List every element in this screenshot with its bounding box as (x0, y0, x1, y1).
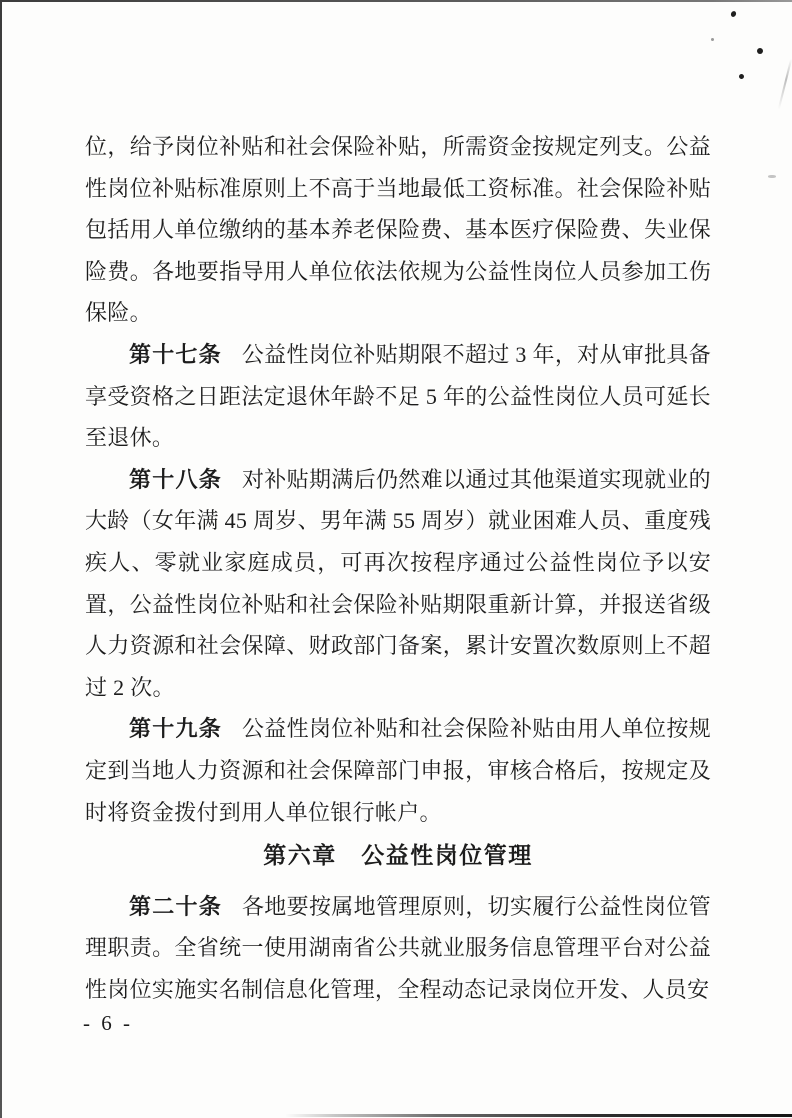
article-number: 第十八条 (129, 467, 222, 492)
scan-scratch (778, 59, 792, 110)
scanned-document-page: 位，给予岗位补贴和社会保险补贴，所需资金按规定列支。公益性岗位补贴标准原则上不高… (0, 0, 792, 1118)
ink-smudge (768, 175, 776, 178)
ink-speck (738, 73, 744, 79)
article-number: 第十七条 (129, 342, 222, 367)
article-number: 第十九条 (129, 716, 222, 741)
body-paragraph: 位，给予岗位补贴和社会保险补贴，所需资金按规定列支。公益性岗位补贴标准原则上不高… (85, 126, 711, 334)
ink-speck (757, 48, 763, 54)
ink-speck (711, 38, 714, 41)
chapter-heading: 第六章 公益性岗位管理 (85, 835, 711, 877)
paragraph-text: 位，给予岗位补贴和社会保险补贴，所需资金按规定列支。公益性岗位补贴标准原则上不高… (85, 134, 711, 325)
body-paragraph: 第二十条各地要按属地管理原则，切实履行公益性岗位管理职责。全省统一使用湖南省公共… (85, 886, 711, 1011)
body-paragraph: 第十七条公益性岗位补贴期限不超过 3 年，对从审批具备享受资格之日距法定退休年龄… (85, 334, 711, 459)
scan-edge-bottom (285, 1114, 792, 1117)
scan-edge-left (0, 0, 2, 1118)
page-number: - 6 - (83, 1008, 133, 1038)
article-number: 第二十条 (129, 894, 222, 919)
body-paragraph: 第十九条公益性岗位补贴和社会保险补贴由用人单位按规定到当地人力资源和社会保障部门… (85, 708, 711, 833)
scan-edge-top (0, 0, 792, 2)
body-paragraph: 第十八条对补贴期满后仍然难以通过其他渠道实现就业的大龄（女年满 45 周岁、男年… (85, 459, 711, 709)
document-body: 位，给予岗位补贴和社会保险补贴，所需资金按规定列支。公益性岗位补贴标准原则上不高… (85, 126, 711, 1010)
ink-speck (730, 10, 737, 18)
paragraph-text: 对补贴期满后仍然难以通过其他渠道实现就业的大龄（女年满 45 周岁、男年满 55… (85, 467, 711, 700)
